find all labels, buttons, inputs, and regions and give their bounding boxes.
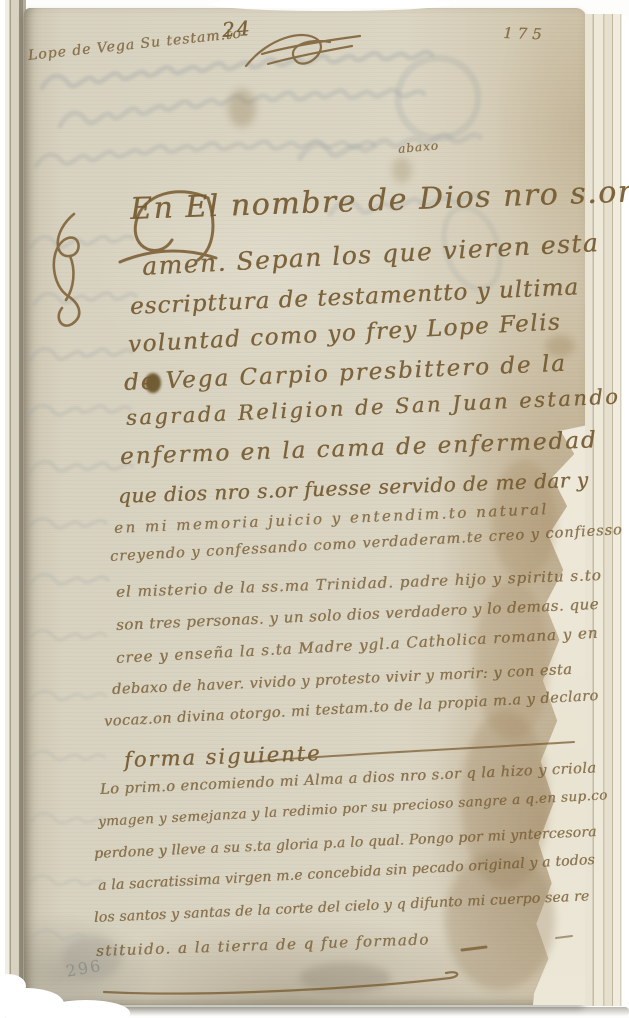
manuscript-scan: 24 175 Lope de Vega Su testam.to abaxo E…: [0, 0, 629, 1018]
bottom-flourish-line: [104, 972, 457, 993]
folio-number-top-right: 175: [503, 24, 547, 44]
right-margin-dash: [556, 936, 572, 938]
margin-paraph-flourish: [54, 214, 79, 326]
